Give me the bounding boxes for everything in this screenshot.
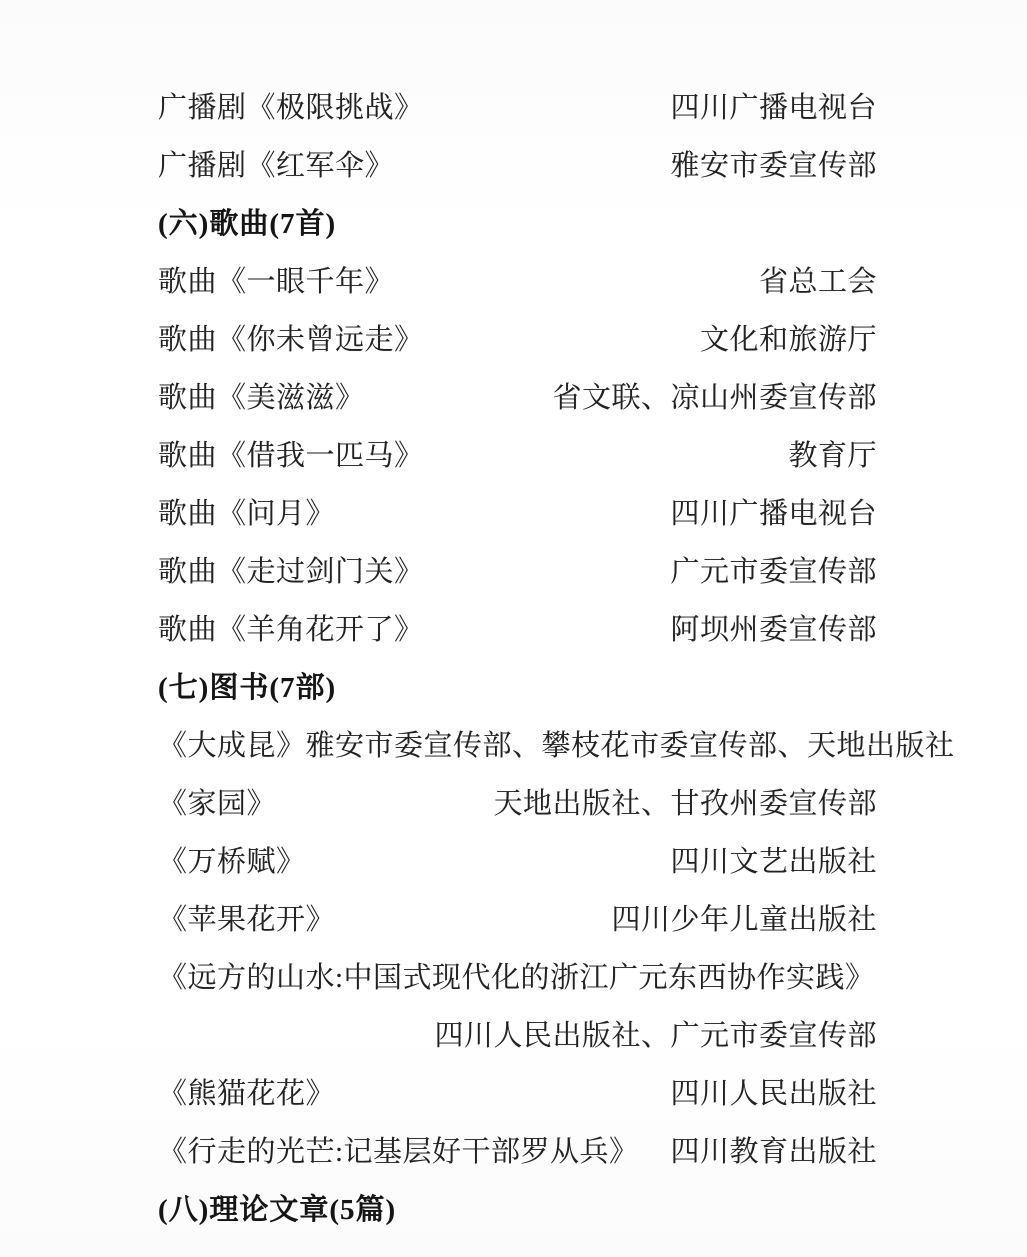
document-line: 《苹果花开》四川少年儿童出版社 [158, 888, 877, 946]
work-title: 《熊猫花花》 [158, 1071, 335, 1112]
org-name: 四川人民出版社、广元市委宣传部 [434, 1013, 877, 1054]
document-line: (八)理论文章(5篇) [158, 1178, 877, 1236]
work-title: 歌曲《一眼千年》 [158, 259, 394, 300]
work-title: 《大成昆》 [158, 723, 306, 764]
document-line: 歌曲《一眼千年》省总工会 [158, 250, 877, 308]
document-line: 广播剧《红军伞》雅安市委宣传部 [158, 134, 877, 192]
org-name: 四川广播电视台 [670, 85, 877, 126]
document-line: 歌曲《你未曾远走》文化和旅游厅 [158, 308, 877, 366]
work-title: 广播剧《红军伞》 [158, 143, 394, 184]
org-name: 教育厅 [788, 433, 877, 474]
document-line: 四川人民出版社、广元市委宣传部 [158, 1004, 877, 1062]
org-name: 省文联、凉山州委宣传部 [552, 375, 877, 416]
work-title: 歌曲《问月》 [158, 491, 335, 532]
work-title: 《万桥赋》 [158, 839, 306, 880]
section-heading: (六)歌曲(7首) [158, 201, 336, 242]
org-name: 阿坝州委宣传部 [670, 607, 877, 648]
document-line: 歌曲《借我一匹马》教育厅 [158, 424, 877, 482]
document-line: 《远方的山水:中国式现代化的浙江广元东西协作实践》 [158, 946, 877, 1004]
work-title: 《家园》 [158, 781, 276, 822]
org-name: 四川广播电视台 [670, 491, 877, 532]
org-name: 广元市委宣传部 [670, 549, 877, 590]
document-line: 《万桥赋》四川文艺出版社 [158, 830, 877, 888]
document-line: 《大成昆》雅安市委宣传部、攀枝花市委宣传部、天地出版社 [158, 714, 877, 772]
org-name: 天地出版社、甘孜州委宣传部 [493, 781, 877, 822]
org-name: 省总工会 [759, 259, 877, 300]
work-title: 歌曲《借我一匹马》 [158, 433, 424, 474]
org-name: 雅安市委宣传部、攀枝花市委宣传部、天地出版社 [306, 723, 955, 764]
document-line: 《家园》天地出版社、甘孜州委宣传部 [158, 772, 877, 830]
section-heading: (七)图书(7部) [158, 665, 336, 706]
document-line: (七)图书(7部) [158, 656, 877, 714]
org-name: 文化和旅游厅 [700, 317, 877, 358]
document-line: 《行走的光芒:记基层好干部罗从兵》四川教育出版社 [158, 1120, 877, 1178]
org-name: 雅安市委宣传部 [670, 143, 877, 184]
section-heading: (八)理论文章(5篇) [158, 1187, 396, 1228]
document-line: 《熊猫花花》四川人民出版社 [158, 1062, 877, 1120]
document-body: 广播剧《极限挑战》四川广播电视台广播剧《红军伞》雅安市委宣传部(六)歌曲(7首)… [158, 76, 877, 1236]
document-line: (六)歌曲(7首) [158, 192, 877, 250]
work-title: 《远方的山水:中国式现代化的浙江广元东西协作实践》 [158, 955, 875, 996]
work-title: 歌曲《美滋滋》 [158, 375, 365, 416]
document-page: 广播剧《极限挑战》四川广播电视台广播剧《红军伞》雅安市委宣传部(六)歌曲(7首)… [0, 0, 1027, 1257]
work-title: 歌曲《走过剑门关》 [158, 549, 424, 590]
org-name: 四川文艺出版社 [670, 839, 877, 880]
org-name: 四川教育出版社 [670, 1129, 877, 1170]
document-line: 歌曲《走过剑门关》广元市委宣传部 [158, 540, 877, 598]
org-name: 四川人民出版社 [670, 1071, 877, 1112]
work-title: 《苹果花开》 [158, 897, 335, 938]
work-title: 广播剧《极限挑战》 [158, 85, 424, 126]
document-line: 歌曲《问月》四川广播电视台 [158, 482, 877, 540]
document-line: 歌曲《羊角花开了》阿坝州委宣传部 [158, 598, 877, 656]
org-name: 四川少年儿童出版社 [611, 897, 877, 938]
work-title: 《行走的光芒:记基层好干部罗从兵》 [158, 1129, 639, 1170]
work-title: 歌曲《你未曾远走》 [158, 317, 424, 358]
document-line: 广播剧《极限挑战》四川广播电视台 [158, 76, 877, 134]
document-line: 歌曲《美滋滋》省文联、凉山州委宣传部 [158, 366, 877, 424]
work-title: 歌曲《羊角花开了》 [158, 607, 424, 648]
